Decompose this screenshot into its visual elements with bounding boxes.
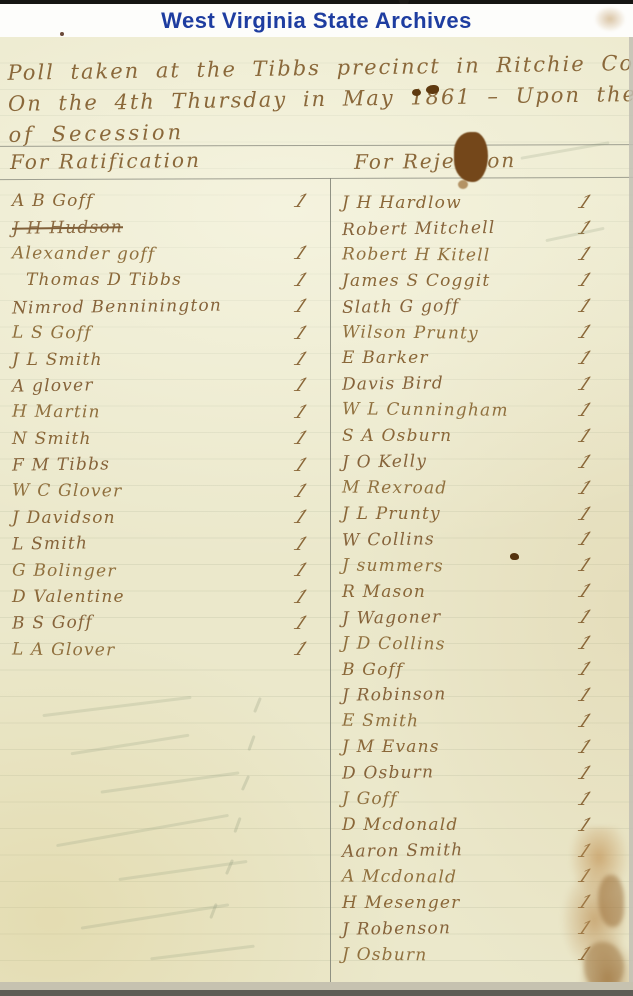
voter-name: J Goff [342,789,398,809]
tally-mark: 1 [289,375,315,396]
tally-mark: 1 [289,296,315,317]
voter-name: A Mcdonald [342,866,457,887]
tally-mark: 1 [289,323,315,344]
voter-name: Wilson Prunty [342,322,479,343]
poll-entry-row: B Goff 1 [342,657,594,683]
voter-name: S A Osburn [342,426,452,446]
tally-mark: 1 [573,763,599,784]
water-stain-dark [598,875,624,927]
voter-name: J L Prunty [342,504,441,524]
poll-entry-row: J H Hudson [12,214,310,240]
archive-title: West Virginia State Archives [0,4,633,37]
poll-entry-row: H Martin 1 [12,399,310,425]
voter-name: Alexander goff [12,243,156,264]
ink-spot [412,89,421,96]
archive-banner: West Virginia State Archives [0,4,633,37]
tally-mark: 1 [289,507,315,528]
tally-mark: 1 [289,243,315,264]
voter-name: J D Collins [342,633,446,654]
tally-mark: 1 [573,426,599,447]
tally-mark: 1 [573,192,599,213]
tally-mark: 1 [573,504,599,525]
tally-mark: 1 [573,659,599,680]
voter-name: James S Coggit [342,271,490,291]
poll-entry-row: B S Goff 1 [12,610,310,636]
voter-name: J M Evans [342,737,440,757]
bleed-tally-mark [233,817,241,833]
voter-name: H Martin [12,402,101,423]
tally-mark: 1 [289,191,315,212]
bleed-tally-mark [241,775,250,791]
poll-entry-row: W C Glover 1 [12,478,310,504]
poll-entry-row: S A Osburn 1 [342,423,594,449]
poll-entry-row: J M Evans 1 [342,734,594,760]
poll-entry-row: J L Smith 1 [12,346,310,372]
poll-entry-row: Slath G goff 1 [342,294,594,320]
voter-name: D Valentine [12,587,125,607]
tally-mark: 1 [573,452,599,473]
tally-mark: 1 [289,560,315,581]
tally-mark: 1 [573,685,599,706]
poll-entry-row: Thomas D Tibbs 1 [12,267,310,293]
tally-mark: 1 [289,481,315,502]
voter-name: D Osburn [342,763,434,784]
column-divider-line [330,178,331,985]
voter-name: W C Glover [12,481,123,502]
voter-name: J Robenson [342,918,451,940]
tally-mark: 1 [573,789,599,810]
poll-entry-row: J H Hardlow 1 [342,190,594,216]
voter-name: W L Cunningham [342,400,509,421]
voter-name: J O Kelly [342,452,427,473]
poll-entry-row: A glover 1 [12,373,310,399]
horizontal-rule-under-headers [0,177,633,180]
tally-mark: 1 [573,581,599,602]
voter-name: G Bolinger [12,560,117,581]
tally-mark: 1 [289,402,315,423]
voter-name: A glover [12,375,94,396]
voter-name: N Smith [12,429,92,449]
voter-name: R Mason [342,582,426,602]
poll-entry-row: L S Goff 1 [12,320,310,346]
poll-entry-row: N Smith 1 [12,426,310,452]
voter-name: E Smith [342,711,419,732]
scan-right-edge [629,37,633,996]
poll-entry-row: F M Tibbs 1 [12,452,310,478]
tally-mark: 1 [573,374,599,395]
banner-speck [60,32,64,36]
poll-entry-row: J Robinson 1 [342,683,594,709]
ink-spot [426,85,439,94]
poll-entry-row: Robert H Kitell 1 [342,242,594,268]
poll-entry-row: J O Kelly 1 [342,449,594,475]
poll-entry-row: Nimrod Benninington 1 [12,294,310,320]
tally-mark: 1 [289,349,315,370]
document-page: Poll taken at the Tibbs precinct in Ritc… [0,37,633,996]
poll-entry-row: J L Prunty 1 [342,501,594,527]
voter-name: Thomas D Tibbs [26,270,182,290]
tally-mark: 1 [573,270,599,291]
voter-name: H Mesenger [342,893,461,913]
tally-mark: 1 [573,348,599,369]
tally-mark: 1 [573,607,599,628]
voter-name: W Collins [342,529,435,550]
scan-bottom-edge-light [0,982,633,990]
tally-mark: 1 [573,555,599,576]
poll-entry-row: R Mason 1 [342,579,594,605]
voter-name: J Davidson [12,508,116,528]
banner-stain [594,6,626,32]
bleed-tally-mark [225,859,234,875]
poll-heading: Poll taken at the Tibbs precinct in Ritc… [7,48,628,151]
bleed-mark [42,696,191,717]
voter-name: Robert Mitchell [342,218,496,240]
voter-name: Aaron Smith [342,840,464,862]
poll-entry-row: G Bolinger 1 [12,557,310,583]
voter-name: Davis Bird [342,374,444,395]
tally-mark: 1 [573,737,599,758]
poll-entry-row: A B Goff 1 [12,188,310,214]
poll-entry-row: J Goff 1 [342,786,594,812]
poll-entry-row: W L Cunningham 1 [342,397,594,423]
tally-mark: 1 [289,534,315,555]
bleed-mark [81,903,230,929]
voter-name: J Robinson [342,685,447,706]
tally-mark: 1 [289,587,315,608]
poll-entry-row: D Valentine 1 [12,584,310,610]
ink-blot [454,132,488,182]
tally-mark: 1 [289,455,315,476]
bleed-mark [100,771,239,793]
voter-name: J H Hardlow [342,193,462,213]
voter-name: Nimrod Benninington [12,295,222,318]
tally-mark: 1 [289,428,315,449]
poll-entry-row: E Smith 1 [342,708,594,734]
poll-entry-row: James S Coggit 1 [342,268,594,294]
tally-mark: 1 [573,296,599,317]
voter-name: J Osburn [342,944,428,965]
voter-name: J H Hudson [12,217,123,239]
ratification-column: A B Goff 1 J H Hudson Alexander goff 1 T… [12,188,310,663]
tally-mark: 1 [289,270,315,291]
poll-entry-row: L Smith 1 [12,531,310,557]
tally-mark: 1 [573,478,599,499]
poll-entry-row: L A Glover 1 [12,637,310,663]
poll-entry-row: Alexander goff 1 [12,241,310,267]
voter-name: A B Goff [12,191,94,211]
tally-mark: 1 [573,322,599,343]
bleed-tally-mark [247,735,255,751]
bleed-mark [150,945,255,961]
tally-mark: 1 [573,529,599,550]
poll-entry-row: D Osburn 1 [342,760,594,786]
ink-spot [510,553,519,560]
voter-name: J L Smith [12,350,103,370]
voter-name: L Smith [12,534,88,555]
poll-entry-row: J Davidson 1 [12,505,310,531]
voter-name: L A Glover [12,639,116,660]
voter-name: Slath G goff [342,296,460,318]
bleed-mark [56,814,229,847]
voter-name: E Barker [342,348,429,368]
voter-name: D Mcdonald [342,815,458,835]
tally-mark: 1 [289,613,315,634]
voter-name: Robert H Kitell [342,244,491,265]
tally-mark: 1 [289,639,315,660]
poll-entry-row: W Collins 1 [342,527,594,553]
ink-blot-tail [458,180,468,189]
poll-entry-row: Wilson Prunty 1 [342,320,594,346]
tally-mark: 1 [573,400,599,421]
bleed-mark [71,734,190,756]
voter-name: F M Tibbs [12,454,110,475]
voter-name: J summers [342,555,444,576]
poll-entry-row: J summers 1 [342,553,594,579]
rejection-column-header: For Rejection [354,148,516,174]
scan-bottom-edge-dark [0,990,633,996]
ratification-column-header: For Ratification [10,148,201,174]
poll-entry-row: J D Collins 1 [342,631,594,657]
poll-entry-row: M Rexroad 1 [342,475,594,501]
voter-name: J Wagoner [342,607,442,628]
voter-name: B S Goff [12,613,93,634]
tally-mark: 1 [573,633,599,654]
poll-entry-row: J Wagoner 1 [342,605,594,631]
tally-mark: 1 [573,244,599,265]
voter-name: B Goff [342,660,404,680]
poll-entry-row: E Barker 1 [342,346,594,372]
poll-entry-row: Davis Bird 1 [342,371,594,397]
voter-name: M Rexroad [342,478,448,499]
tally-mark: 1 [573,711,599,732]
bleed-tally-mark [253,697,262,713]
voter-name: L S Goff [12,323,92,344]
